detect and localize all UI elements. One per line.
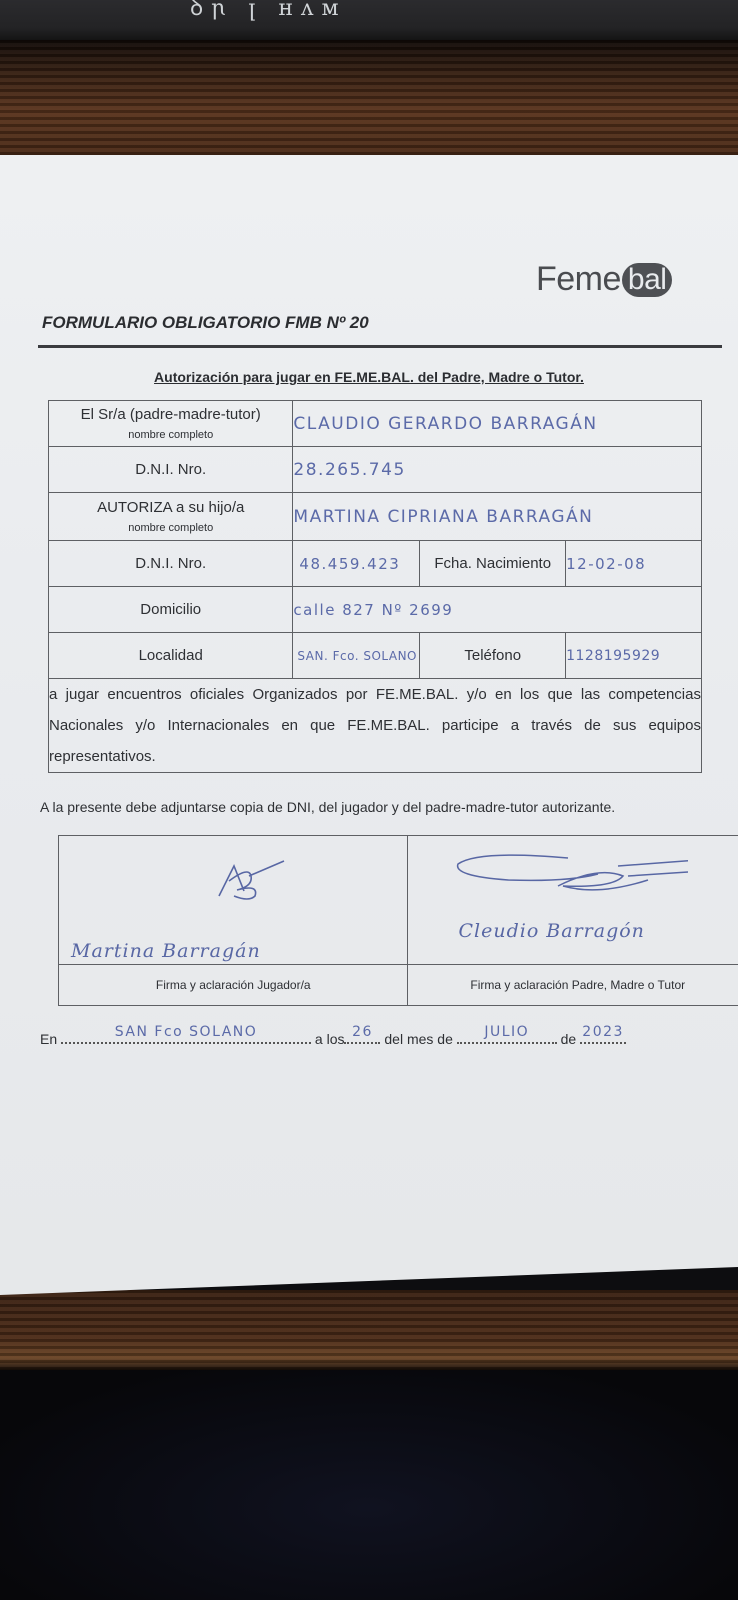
- child-dni-field[interactable]: 48.459.423: [293, 541, 420, 587]
- background-dark: [0, 1370, 738, 1600]
- table-row: Domicilio calle 827 Nº 2699: [49, 587, 702, 633]
- place-field[interactable]: SAN Fco SOLANO: [61, 1028, 311, 1044]
- date-de-label: de: [561, 1031, 577, 1047]
- address-label: Domicilio: [49, 587, 293, 633]
- locality-label: Localidad: [49, 633, 293, 679]
- background-wood-bottom: [0, 1290, 738, 1370]
- logo-text: Feme: [536, 260, 621, 299]
- month-value: JULIO: [457, 1024, 557, 1040]
- date-month-label: del mes de: [384, 1031, 452, 1047]
- table-row: Martina Barragán Cleudio Barragón: [59, 836, 738, 965]
- phone-field[interactable]: 1128195929: [566, 633, 702, 679]
- player-signature-label: Firma y aclaración Jugador/a: [59, 965, 408, 1006]
- table-row: Localidad SAN. Fco. SOLANO Teléfono 1128…: [49, 633, 702, 679]
- tutor-signature-area[interactable]: Cleudio Barragón: [408, 836, 738, 965]
- table-row: Firma y aclaración Jugador/a Firma y acl…: [59, 965, 738, 1006]
- form-title: FORMULARIO OBLIGATORIO FMB Nº 20: [42, 313, 369, 333]
- logo-badge: bal: [622, 263, 673, 297]
- table-row: D.N.I. Nro. 48.459.423 Fcha. Nacimiento …: [49, 541, 702, 587]
- year-value: 2023: [580, 1024, 626, 1040]
- locality-field[interactable]: SAN. Fco. SOLANO: [293, 633, 420, 679]
- month-field[interactable]: JULIO: [457, 1028, 557, 1044]
- cloth-embroidery: ꝺꞃ ꞁ ʜᴧᴍ: [190, 0, 347, 22]
- background-cloth: ꝺꞃ ꞁ ʜᴧᴍ: [0, 0, 738, 40]
- table-row: AUTORIZA a su hijo/anombre completo MART…: [49, 493, 702, 541]
- tutor-signature-name: Cleudio Barragón: [458, 920, 644, 942]
- child-label: AUTORIZA a su hijo/a: [97, 499, 244, 516]
- date-a-los-label: a los: [315, 1031, 345, 1047]
- tutor-signature-label: Firma y aclaración Padre, Madre o Tutor: [408, 965, 738, 1006]
- tutor-name-field[interactable]: CLAUDIO GERARDO BARRAGÁN: [293, 401, 702, 447]
- form-paper: Femebal FORMULARIO OBLIGATORIO FMB Nº 20…: [0, 155, 738, 1295]
- child-sublabel: nombre completo: [49, 522, 292, 534]
- child-label-cell: AUTORIZA a su hijo/anombre completo: [49, 493, 293, 541]
- table-row: El Sr/a (padre-madre-tutor)nombre comple…: [49, 401, 702, 447]
- tutor-signature-scribble-icon: [448, 846, 688, 906]
- player-signature-name: Martina Barragán: [71, 940, 261, 962]
- year-field[interactable]: 2023: [580, 1028, 626, 1044]
- table-row: D.N.I. Nro. 28.265.745: [49, 447, 702, 493]
- tutor-label-cell: El Sr/a (padre-madre-tutor)nombre comple…: [49, 401, 293, 447]
- tutor-label: El Sr/a (padre-madre-tutor): [81, 406, 261, 423]
- child-name-field[interactable]: MARTINA CIPRIANA BARRAGÁN: [293, 493, 702, 541]
- authorization-paragraph: a jugar encuentros oficiales Organizados…: [49, 679, 702, 773]
- title-divider: [38, 345, 722, 348]
- phone-label: Teléfono: [420, 633, 566, 679]
- attachment-note: A la presente debe adjuntarse copia de D…: [40, 799, 615, 815]
- player-signature-scribble-icon: [189, 846, 309, 906]
- birth-date-label: Fcha. Nacimiento: [420, 541, 566, 587]
- form-subtitle: Autorización para jugar en FE.ME.BAL. de…: [0, 369, 738, 385]
- child-dni-label: D.N.I. Nro.: [49, 541, 293, 587]
- femebal-logo: Femebal: [536, 260, 672, 299]
- background-wood-top: [0, 40, 738, 158]
- authorization-table: El Sr/a (padre-madre-tutor)nombre comple…: [48, 400, 702, 773]
- table-row: a jugar encuentros oficiales Organizados…: [49, 679, 702, 773]
- day-value: 26: [344, 1024, 380, 1040]
- tutor-sublabel: nombre completo: [49, 429, 292, 441]
- date-line: En SAN Fco SOLANO a los26 del mes de JUL…: [40, 1028, 626, 1047]
- day-field[interactable]: 26: [344, 1028, 380, 1044]
- signature-table: Martina Barragán Cleudio Barragón Firma …: [58, 835, 738, 1006]
- date-en-label: En: [40, 1031, 57, 1047]
- place-value: SAN Fco SOLANO: [61, 1024, 311, 1040]
- address-field[interactable]: calle 827 Nº 2699: [293, 587, 702, 633]
- tutor-dni-field[interactable]: 28.265.745: [293, 447, 702, 493]
- birth-date-field[interactable]: 12-02-08: [566, 541, 702, 587]
- player-signature-area[interactable]: Martina Barragán: [59, 836, 408, 965]
- tutor-dni-label: D.N.I. Nro.: [49, 447, 293, 493]
